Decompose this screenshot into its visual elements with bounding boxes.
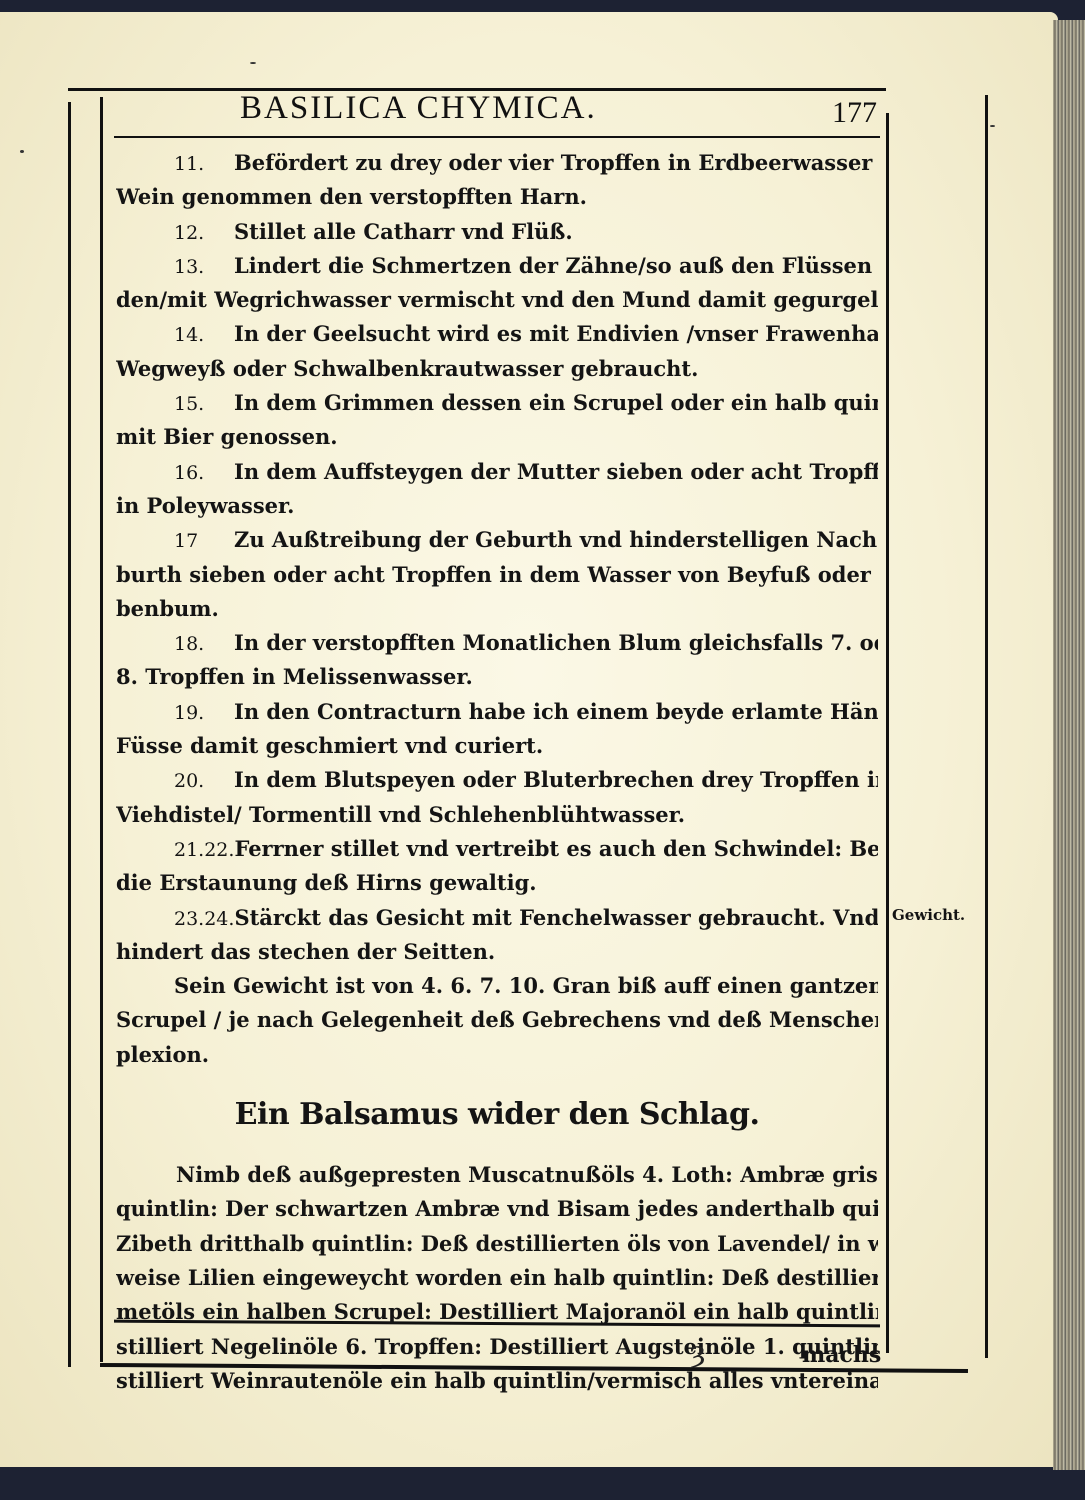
paragraph-number: 11.: [174, 147, 234, 180]
line-text: Sein Gewicht ist von 4. 6. 7. 10. Gran b…: [174, 973, 878, 998]
line-text: Ferrner stillet vnd vertreibt es auch de…: [234, 836, 878, 861]
line-text: Viehdistel/ Tormentill vnd Schlehenblüht…: [116, 802, 685, 827]
line-text: In den Contracturn habe ich einem beyde …: [234, 699, 878, 724]
line-text: Wein genommen den verstopfften Harn.: [116, 184, 587, 209]
line-text: den/mit Wegrichwasser vermischt vnd den …: [116, 287, 878, 312]
text-line: Wein genommen den verstopfften Harn.: [116, 180, 878, 214]
recipe-line: Zibeth dritthalb quintlin: Deß destillie…: [116, 1227, 878, 1261]
recipe-line: weise Lilien eingeweycht worden ein halb…: [116, 1261, 878, 1295]
catchword: machs: [802, 1342, 881, 1368]
line-text: Zu Außtreibung der Geburth vnd hinderste…: [234, 527, 878, 552]
line-text: In dem Auffsteygen der Mutter sieben ode…: [234, 459, 878, 484]
line-text: Scrupel / je nach Gelegenheit deß Gebrec…: [116, 1007, 878, 1032]
text-line: 14.In der Geelsucht wird es mit Endivien…: [116, 317, 878, 351]
text-line: 20.In dem Blutspeyen oder Bluterbrechen …: [116, 763, 878, 797]
line-text: 8. Tropffen in Melissenwasser.: [116, 664, 473, 689]
paragraph-number: 20.: [174, 764, 234, 797]
line-text: plexion.: [116, 1042, 209, 1067]
text-line: hindert das stechen der Seitten.: [116, 935, 878, 969]
text-line: 16.In dem Auffsteygen der Mutter sieben …: [116, 455, 878, 489]
line-text: burth sieben oder acht Tropffen in dem W…: [116, 562, 878, 587]
signature-mark: ȝ: [690, 1335, 706, 1370]
text-line: plexion.: [116, 1038, 878, 1072]
text-line: Wegweyß oder Schwalbenkrautwasser gebrau…: [116, 352, 878, 386]
section-heading: Ein Balsamus wider den Schlag.: [116, 1098, 878, 1142]
line-text: hindert das stechen der Seitten.: [116, 939, 495, 964]
header-underline-rule: [114, 136, 880, 138]
ink-speck: [20, 150, 24, 153]
left-outer-rule: [68, 102, 71, 1367]
text-line: mit Bier genossen.: [116, 420, 878, 454]
numbered-paragraphs: 11.Befördert zu drey oder vier Tropffen …: [116, 146, 878, 1072]
recipe-paragraph: Nimb deß außgepresten Muscatnußöls 4. Lo…: [116, 1158, 878, 1398]
paragraph-number: 15.: [174, 387, 234, 420]
line-text: Stillet alle Catharr vnd Flüß.: [234, 219, 573, 244]
page-edges: [1053, 20, 1085, 1470]
line-text: Wegweyß oder Schwalbenkrautwasser gebrau…: [116, 356, 698, 381]
right-inner-rule: [886, 113, 889, 1353]
recipe-line: stilliert Weinrautenöle ein halb quintli…: [116, 1364, 878, 1398]
text-line: 19.In den Contracturn habe ich einem bey…: [116, 695, 878, 729]
line-text: die Erstaunung deß Hirns gewaltig.: [116, 870, 537, 895]
line-text: Füsse damit geschmiert vnd curiert.: [116, 733, 543, 758]
text-line: Viehdistel/ Tormentill vnd Schlehenblüht…: [116, 798, 878, 832]
text-line: Scrupel / je nach Gelegenheit deß Gebrec…: [116, 1003, 878, 1037]
recipe-line: quintlin: Der schwartzen Ambræ vnd Bisam…: [116, 1192, 878, 1226]
text-line: 21.22.Ferrner stillet vnd vertreibt es a…: [116, 832, 878, 866]
text-line: Sein Gewicht ist von 4. 6. 7. 10. Gran b…: [116, 969, 878, 1003]
paragraph-number: 17: [174, 524, 234, 557]
text-line: 12.Stillet alle Catharr vnd Flüß.: [116, 215, 878, 249]
paragraph-number: 18.: [174, 627, 234, 660]
line-text: Stärckt das Gesicht mit Fenchelwasser ge…: [234, 905, 878, 930]
paragraph-number: 12.: [174, 216, 234, 249]
paragraph-number: 19.: [174, 696, 234, 729]
line-text: benbum.: [116, 596, 219, 621]
text-line: die Erstaunung deß Hirns gewaltig.: [116, 866, 878, 900]
paragraph-number: 21.22.: [174, 833, 234, 866]
recipe-line: Nimb deß außgepresten Muscatnußöls 4. Lo…: [116, 1158, 878, 1192]
running-title: BASILICA CHYMICA.: [240, 90, 597, 127]
paragraph-number: 23.24.: [174, 902, 234, 935]
line-text: in Poleywasser.: [116, 493, 294, 518]
text-line: 8. Tropffen in Melissenwasser.: [116, 660, 878, 694]
text-line: burth sieben oder acht Tropffen in dem W…: [116, 558, 878, 592]
text-line: den/mit Wegrichwasser vermischt vnd den …: [116, 283, 878, 317]
body-text: 11.Befördert zu drey oder vier Tropffen …: [116, 146, 878, 1398]
line-text: In dem Blutspeyen oder Bluterbrechen dre…: [234, 767, 878, 792]
line-text: In dem Grimmen dessen ein Scrupel oder e…: [234, 390, 878, 415]
page-number: 177: [832, 96, 877, 130]
text-line: 17Zu Außtreibung der Geburth vnd hinders…: [116, 523, 878, 557]
right-outer-rule: [985, 95, 988, 1358]
line-text: mit Bier genossen.: [116, 424, 338, 449]
paragraph-number: 13.: [174, 250, 234, 283]
line-text: In der Geelsucht wird es mit Endivien /v…: [234, 321, 878, 346]
text-line: 13.Lindert die Schmertzen der Zähne/so a…: [116, 249, 878, 283]
text-line: 18.In der verstopfften Monatlichen Blum …: [116, 626, 878, 660]
paragraph-number: 16.: [174, 456, 234, 489]
recipe-line: metöls ein halben Scrupel: Destilliert M…: [116, 1295, 878, 1329]
ink-speck: [990, 125, 995, 127]
margin-note: Gewicht.: [892, 906, 965, 924]
text-line: in Poleywasser.: [116, 489, 878, 523]
recipe-line: stilliert Negelinöle 6. Tropffen: Destil…: [116, 1330, 878, 1364]
left-inner-rule: [100, 97, 103, 1362]
line-text: In der verstopfften Monatlichen Blum gle…: [234, 630, 878, 655]
line-text: Lindert die Schmertzen der Zähne/so auß …: [234, 253, 878, 278]
text-line: 11.Befördert zu drey oder vier Tropffen …: [116, 146, 878, 180]
line-text: Befördert zu drey oder vier Tropffen in …: [234, 150, 878, 175]
text-line: 23.24.Stärckt das Gesicht mit Fenchelwas…: [116, 901, 878, 935]
paragraph-number: 14.: [174, 318, 234, 351]
text-line: 15.In dem Grimmen dessen ein Scrupel ode…: [116, 386, 878, 420]
text-line: benbum.: [116, 592, 878, 626]
text-line: Füsse damit geschmiert vnd curiert.: [116, 729, 878, 763]
ink-speck: [250, 62, 256, 64]
